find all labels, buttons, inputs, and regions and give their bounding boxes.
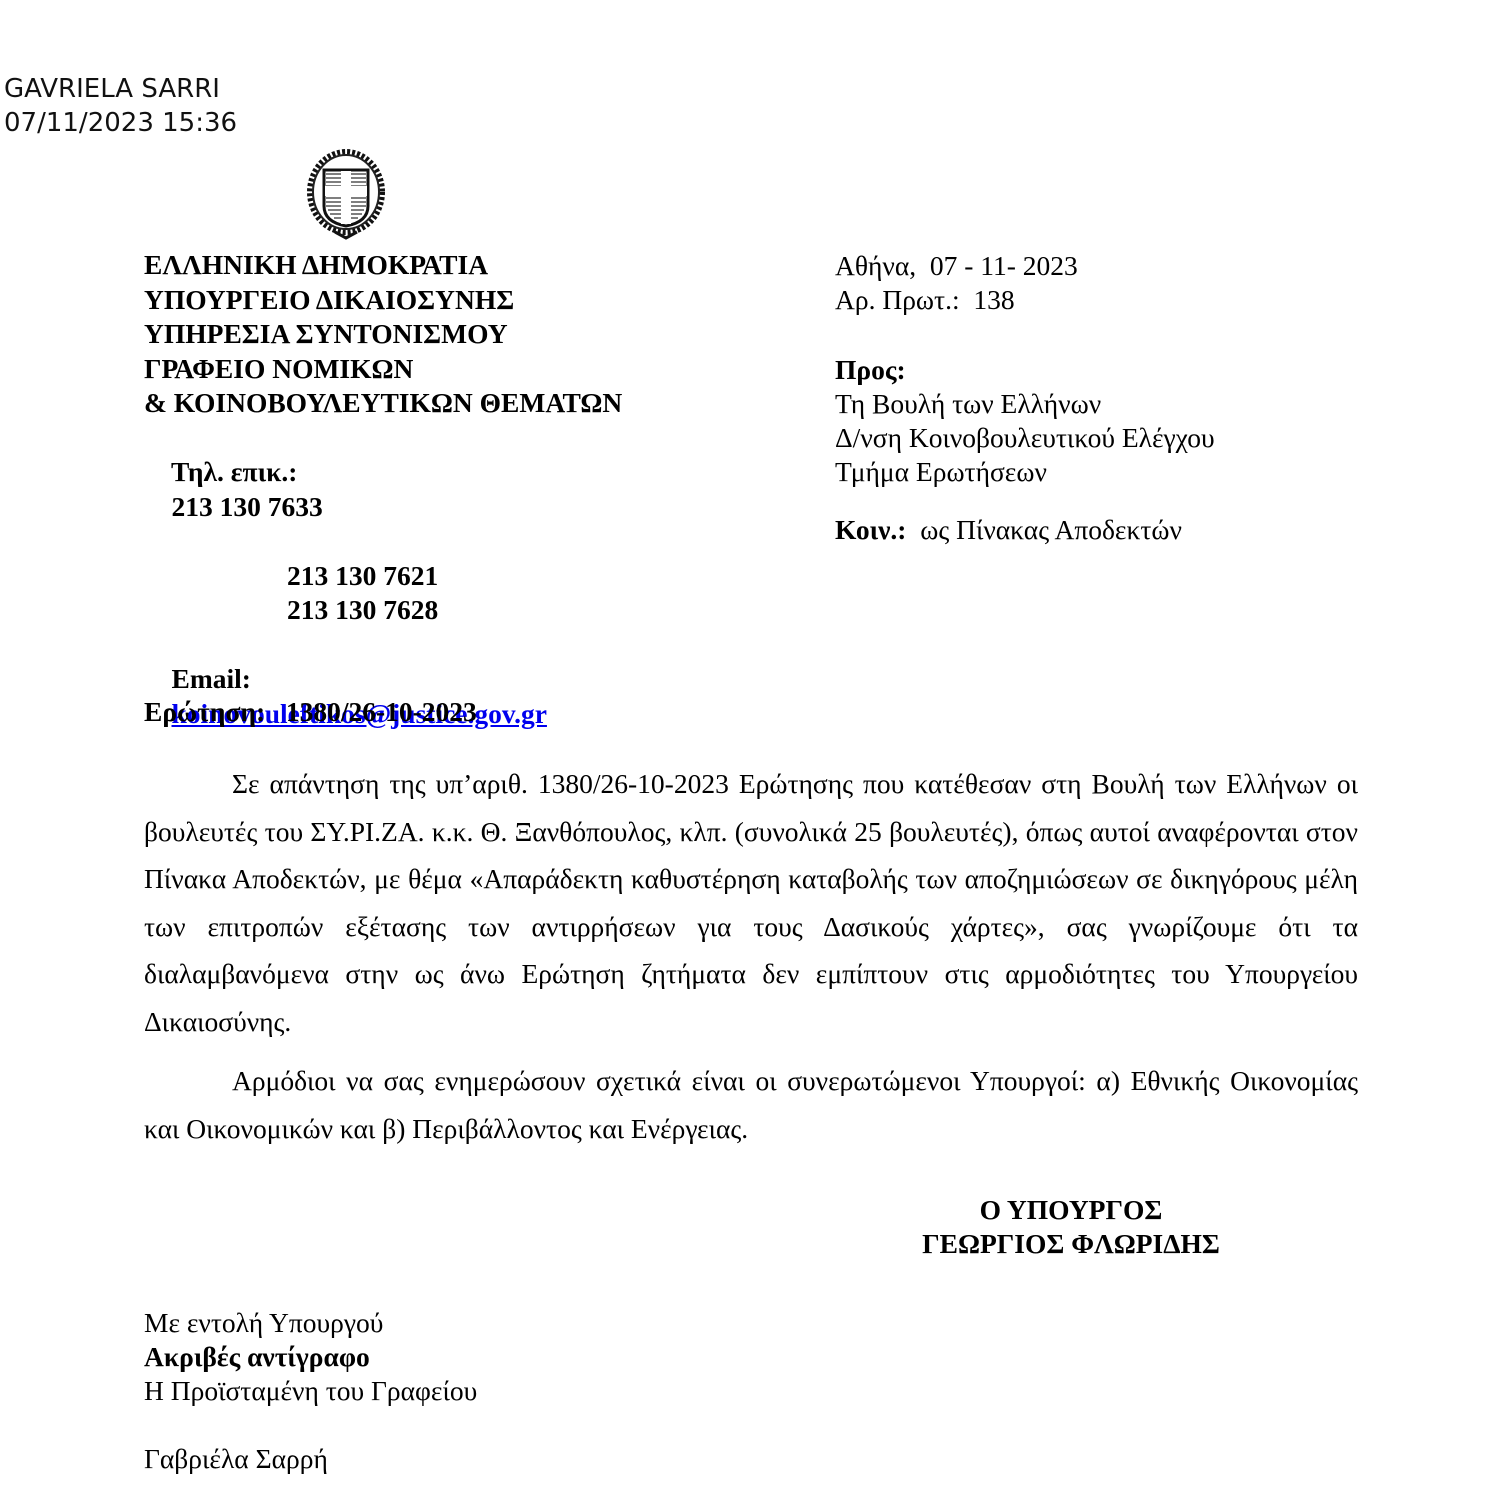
official-name: Γαβριέλα Σαρρή [144,1442,477,1476]
to-label: Προς: [835,353,1215,387]
signature-name: ΓΕΩΡΓΙΟΣ ΦΛΩΡΙΔΗΣ [900,1227,1242,1261]
copy-label: Ακριβές αντίγραφο [144,1340,477,1374]
phone-number: 213 130 7628 [144,593,622,628]
body-paragraph: Αρμόδιοι να σας ενημερώσουν σχετικά είνα… [144,1057,1358,1152]
to-line: Τη Βουλή των Ελλήνων [835,387,1215,421]
greek-coat-of-arms-icon [305,146,387,242]
signer-name: GAVRIELA SARRI [4,72,237,106]
sender-block: ΕΛΛΗΝΙΚΗ ΔΗΜΟΚΡΑΤΙΑ ΥΠΟΥΡΓΕΙΟ ΔΙΚΑΙΟΣΥΝΗ… [144,248,622,766]
cc-value: ως Πίνακας Αποδεκτών [920,514,1182,545]
question-reference: Ερώτηση: 1380/26-10-2023 [144,696,477,728]
order-line: Με εντολή Υπουργού [144,1306,477,1340]
letter-body: Σε απάντηση της υπ’αριθ. 1380/26-10-2023… [144,760,1358,1164]
cc-label: Κοιν.: [835,514,906,545]
question-number: 1380/26-10-2023 [286,696,477,727]
minister-signature: Ο ΥΠΟΥΡΓΟΣ ΓΕΩΡΓΙΟΣ ΦΛΩΡΙΔΗΣ [900,1193,1242,1261]
email-label: Email: [172,663,251,694]
to-line: Τμήμα Ερωτήσεων [835,455,1215,489]
signature-title: Ο ΥΠΟΥΡΓΟΣ [900,1193,1242,1227]
sender-line: ΓΡΑΦΕΙΟ ΝΟΜΙΚΩΝ [144,352,622,387]
role-line: Η Προϊσταμένη του Γραφείου [144,1374,477,1408]
signature-datetime: 07/11/2023 15:36 [4,106,237,140]
cc-row: Κοιν.: ως Πίνακας Αποδεκτών [835,513,1215,547]
sender-line: ΥΠΟΥΡΓΕΙΟ ΔΙΚΑΙΟΣΥΝΗΣ [144,283,622,318]
body-paragraph: Σε απάντηση της υπ’αριθ. 1380/26-10-2023… [144,760,1358,1045]
recipient-block: Αθήνα, 07 - 11- 2023 Αρ. Πρωτ.: 138 Προς… [835,249,1215,547]
phone-label: Τηλ. επικ.: [171,456,297,487]
place-date: Αθήνα, 07 - 11- 2023 [835,249,1215,283]
digital-signature-stamp: GAVRIELA SARRI 07/11/2023 15:36 [4,72,237,140]
certified-copy-block: Με εντολή Υπουργού Ακριβές αντίγραφο Η Π… [144,1306,477,1476]
protocol-number: Αρ. Πρωτ.: 138 [835,283,1215,317]
phone-row: Τηλ. επικ.: 213 130 7633 [144,421,622,559]
to-line: Δ/νση Κοινοβουλευτικού Ελέγχου [835,421,1215,455]
sender-line: & ΚΟΙΝΟΒΟΥΛΕΥΤΙΚΩΝ ΘΕΜΑΤΩΝ [144,386,622,421]
sender-line: ΥΠΗΡΕΣΙΑ ΣΥΝΤΟΝΙΣΜΟΥ [144,317,622,352]
question-label: Ερώτηση: [144,696,265,727]
sender-line: ΕΛΛΗΝΙΚΗ ΔΗΜΟΚΡΑΤΙΑ [144,248,622,283]
phone-number: 213 130 7633 [172,491,323,522]
phone-number: 213 130 7621 [144,559,622,594]
